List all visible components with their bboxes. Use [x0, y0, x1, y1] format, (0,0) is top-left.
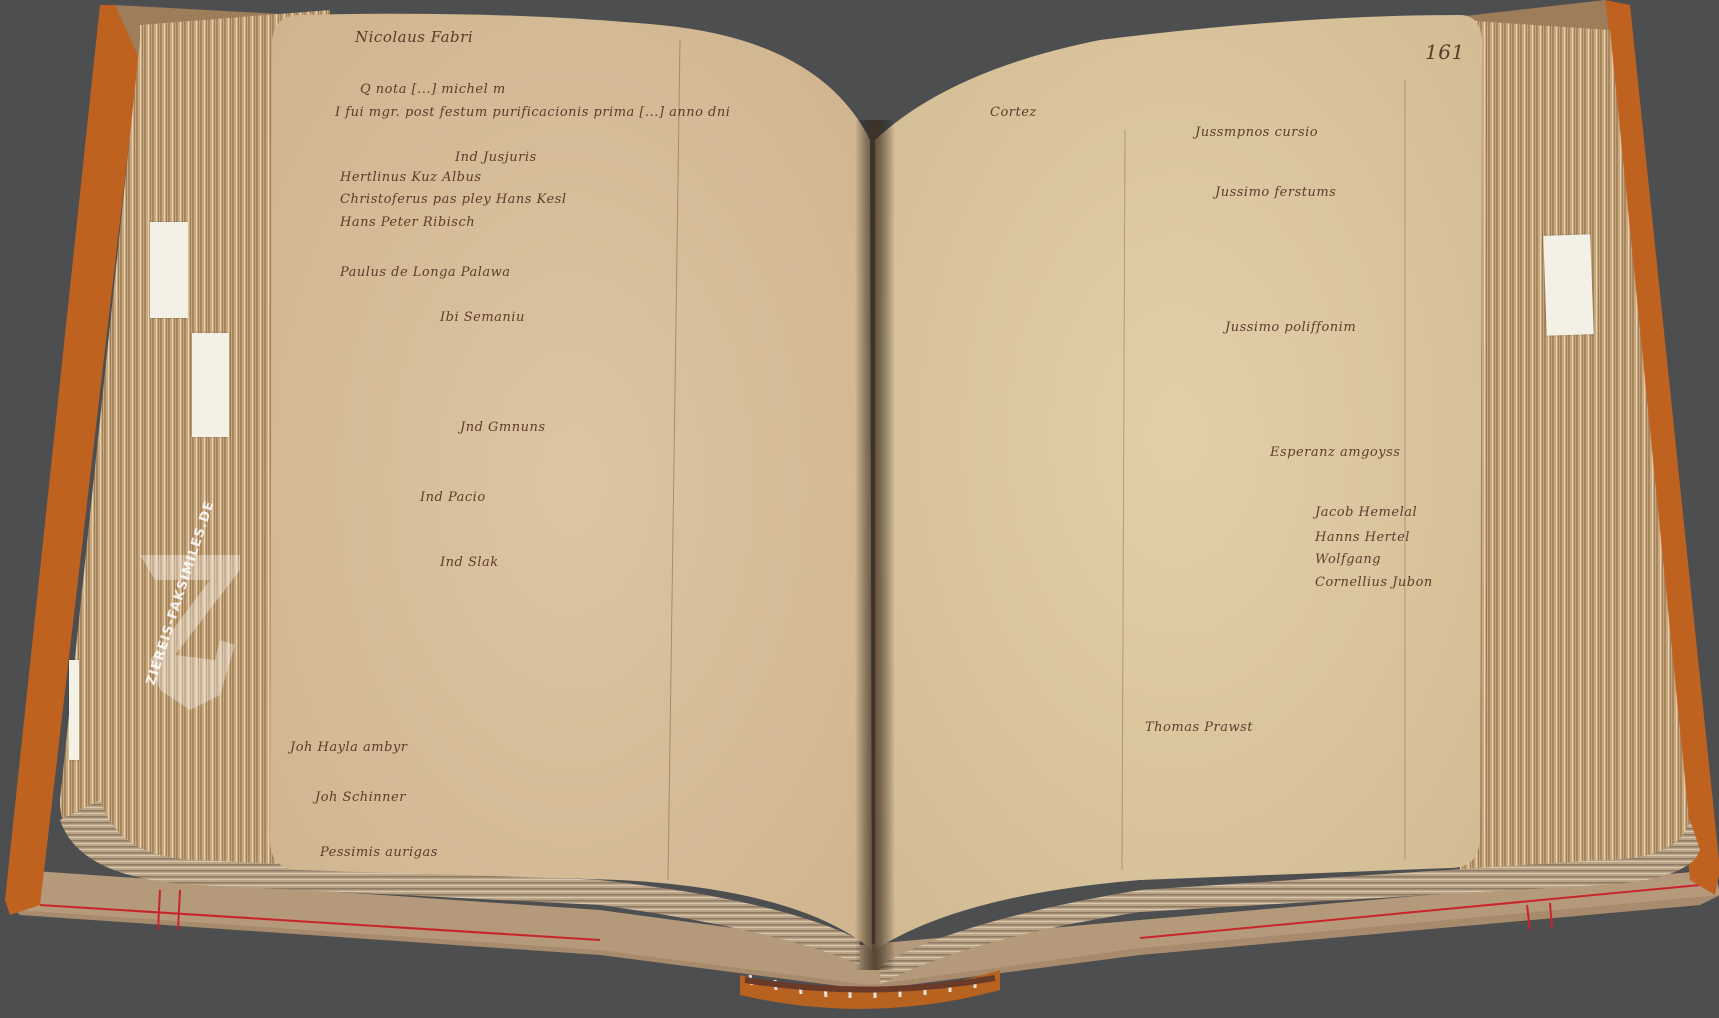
- right-line: Jussimo poliffonim: [1225, 320, 1356, 335]
- left-tab-3: [69, 660, 79, 760]
- left-line: Christoferus pas pley Hans Kesl: [340, 192, 566, 207]
- right-page-header: Cortez: [990, 105, 1037, 120]
- right-page-number: 161: [1425, 40, 1465, 64]
- right-line: Wolfgang: [1315, 552, 1381, 567]
- left-line: Ibi Semaniu: [440, 310, 525, 325]
- right-tab-1: [1543, 234, 1593, 336]
- left-line: Ind Jusjuris: [455, 150, 537, 165]
- gutter: [855, 120, 895, 970]
- left-line: Hertlinus Kuz Albus: [340, 170, 482, 185]
- left-line: Hans Peter Ribisch: [340, 215, 475, 230]
- left-line: Ind Slak: [440, 555, 499, 570]
- left-line: Q nota [...] michel m: [360, 82, 506, 97]
- left-tab-2: [192, 333, 229, 437]
- right-line: Esperanz amgoyss: [1270, 445, 1400, 460]
- left-line: Joh Schinner: [315, 790, 406, 805]
- left-page: [270, 14, 872, 950]
- zf-logo-icon: [120, 540, 280, 740]
- right-line: Hanns Hertel: [1315, 530, 1410, 545]
- left-line: Ind Pacio: [420, 490, 486, 505]
- left-line: Joh Hayla ambyr: [290, 740, 407, 755]
- right-line: Jussmpnos cursio: [1195, 125, 1318, 140]
- left-line: Pessimis aurigas: [320, 845, 438, 860]
- manuscript-photo: [0, 0, 1719, 1018]
- left-page-header: Nicolaus Fabri: [355, 28, 473, 46]
- left-line: Paulus de Longa Palawa: [340, 265, 511, 280]
- right-line: Thomas Prawst: [1145, 720, 1253, 735]
- right-page: [875, 15, 1482, 950]
- right-line: Jacob Hemelal: [1315, 505, 1417, 520]
- right-line: Cornellius Jubon: [1315, 575, 1433, 590]
- right-line: Jussimo ferstums: [1215, 185, 1336, 200]
- left-line: I fui mgr. post festum purificacionis pr…: [335, 105, 730, 120]
- left-line: Jnd Gmnuns: [460, 420, 546, 435]
- left-tab-1: [150, 222, 188, 318]
